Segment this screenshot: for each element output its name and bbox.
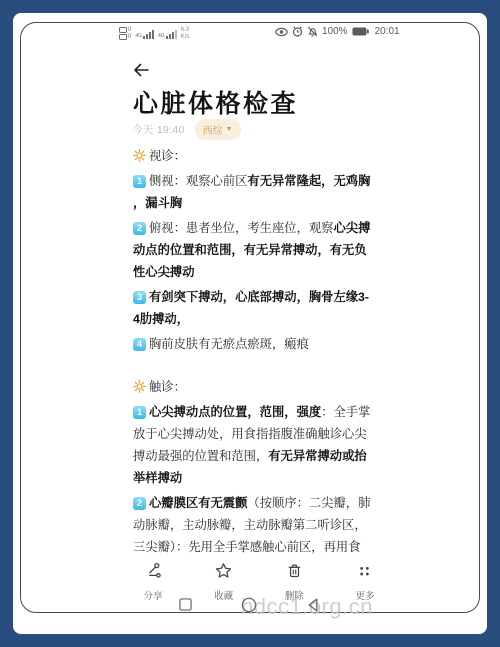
note-meta-row: 今天 19:40 西综 ▼ <box>132 119 241 140</box>
network-type-2: 4G <box>158 34 165 39</box>
section-heading-label: 视诊： <box>149 149 186 163</box>
signal-bars-icon-1: 4G <box>135 29 154 39</box>
number-badge-icon: 2 <box>133 222 146 235</box>
mute-bell-icon <box>307 26 318 37</box>
category-tag-label: 西综 <box>203 122 223 137</box>
toolbar-label: 分享 <box>143 588 162 602</box>
note-title[interactable]: 心脏体格检查 <box>133 84 298 120</box>
note-item: 2俯视：患者坐位，考生座位，观察心尖搏动点的位置和范围，有无异常搏动，有无负性心… <box>133 218 371 283</box>
note-body[interactable]: 视诊：1侧视：观察心前区有无异常隆起，无鸡胸，漏斗胸2俯视：患者坐位，考生座位，… <box>133 146 371 562</box>
more-icon <box>356 562 373 585</box>
note-timestamp: 今天 19:40 <box>132 122 185 137</box>
recents-square-nav-button[interactable] <box>176 598 194 616</box>
status-time: 20:01 <box>375 26 400 37</box>
share-icon <box>144 562 163 585</box>
back-button[interactable] <box>131 60 151 80</box>
text-segment: 胸前皮肤有无瘀点瘀斑，瘢痕 <box>149 337 309 351</box>
back-triangle-nav-button[interactable] <box>304 598 322 616</box>
number-badge-icon: 4 <box>133 338 146 351</box>
android-nav-bar <box>176 598 322 616</box>
speed-unit: K/s <box>181 34 190 41</box>
note-section: 触诊：1心尖搏动点的位置，范围，强度：全手掌放于心尖搏动处，用食指指腹准确触诊心… <box>133 377 371 558</box>
note-section: 视诊：1侧视：观察心前区有无异常隆起，无鸡胸，漏斗胸2俯视：患者坐位，考生座位，… <box>133 146 371 356</box>
share-button[interactable]: 分享 <box>131 562 175 602</box>
home-circle-icon <box>241 597 257 618</box>
number-badge-icon: 3 <box>133 291 146 304</box>
number-badge-icon: 1 <box>133 175 146 188</box>
bold-text-segment: 心瓣膜区有无震颤 <box>149 496 247 510</box>
sim2-icon <box>119 34 127 40</box>
back-triangle-icon <box>306 597 320 618</box>
section-heading: 触诊： <box>133 377 371 399</box>
text-segment: 侧视：观察心前区 <box>149 174 247 188</box>
home-circle-nav-button[interactable] <box>240 598 258 616</box>
note-item: 4胸前皮肤有无瘀点瘀斑，瘢痕 <box>133 334 371 356</box>
status-bar-left: 0 0 4G 4G 6.3 K/s <box>119 27 189 40</box>
sun-icon <box>133 380 146 393</box>
battery-percent: 100% <box>322 26 348 37</box>
sim1-icon <box>119 27 127 33</box>
chevron-down-icon: ▼ <box>226 126 233 133</box>
note-item: 3有剑突下搏动，心底部搏动，胸骨左缘3-4肋搏动， <box>133 287 371 331</box>
number-badge-icon: 2 <box>133 497 146 510</box>
battery-icon <box>352 27 369 36</box>
star-icon <box>214 562 233 585</box>
network-type-1: 4G <box>135 34 142 39</box>
note-item: 1心尖搏动点的位置，范围，强度：全手掌放于心尖搏动处，用食指指腹准确触诊心尖搏动… <box>133 402 371 489</box>
status-bar-right: 100% 20:01 <box>275 26 400 37</box>
bold-text-segment: 心尖搏动点的位置，范围，强度 <box>149 405 321 419</box>
signal-bars-icon-2: 4G <box>158 29 177 39</box>
bold-text-segment: 有剑突下搏动，心底部搏动，胸骨左缘3-4肋搏动， <box>133 290 369 326</box>
number-badge-icon: 1 <box>133 406 146 419</box>
trash-icon <box>286 562 303 585</box>
sim2-value: 0 <box>128 34 131 40</box>
note-item: 2心瓣膜区有无震颤（按顺序：二尖瓣，肺动脉瓣，主动脉瓣，主动脉瓣第二听诊区，三尖… <box>133 493 371 558</box>
recents-square-icon <box>179 598 192 616</box>
star-button[interactable]: 收藏 <box>202 562 246 602</box>
section-heading: 视诊： <box>133 146 371 168</box>
sim1-value: 0 <box>128 27 131 33</box>
sun-icon <box>133 149 146 162</box>
back-arrow-icon <box>131 60 151 80</box>
section-heading-label: 触诊： <box>149 380 186 394</box>
network-speed: 6.3 K/s <box>181 27 190 40</box>
phone-screenshot-card: 0 0 4G 4G 6.3 K/s <box>13 13 487 634</box>
dual-sim-indicators: 0 0 <box>119 27 131 40</box>
alarm-icon <box>292 26 303 37</box>
category-tag[interactable]: 西综 ▼ <box>195 119 241 140</box>
eye-comfort-icon <box>275 27 288 37</box>
note-item: 1侧视：观察心前区有无异常隆起，无鸡胸，漏斗胸 <box>133 171 371 215</box>
text-segment: 俯视：患者坐位，考生座位，观察 <box>149 221 333 235</box>
